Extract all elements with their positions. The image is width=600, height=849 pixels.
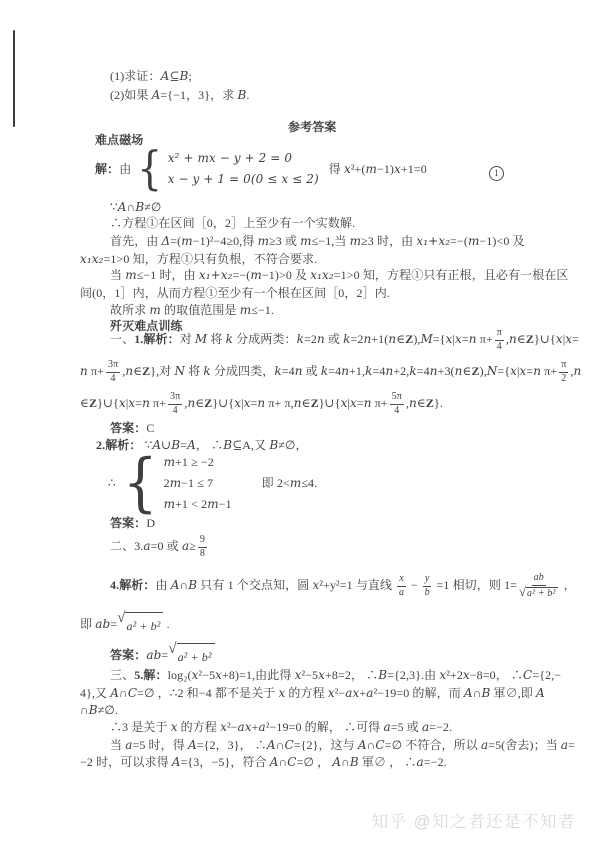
- math-run: m: [164, 497, 175, 511]
- math-run: n: [80, 364, 88, 378]
- text-run: 由: [119, 160, 131, 179]
- text-run: 或: [303, 364, 321, 378]
- text-run: 当: [110, 268, 125, 282]
- math-run: ax: [238, 720, 252, 734]
- math-run: k: [226, 332, 233, 346]
- math-run: C: [128, 686, 137, 700]
- math-run: M: [421, 332, 433, 346]
- math-run: B: [350, 755, 359, 769]
- text-run: 当: [110, 738, 125, 752]
- text-run: ≥3 或: [269, 234, 300, 248]
- q2-inequality-system: ∴{m+1 ≥ −22m−1 ≤ 7m+1 < 2m−1即 2<m≤4.: [108, 452, 317, 515]
- text-run: +8)=1,由此得: [222, 668, 295, 682]
- text-run: 三、: [110, 668, 134, 682]
- text-run: 的方程: [178, 720, 221, 734]
- text-run: 軍∅ ， ∴: [359, 755, 417, 769]
- text-run: 4},又: [80, 686, 110, 700]
- line-therefore: ∴方程①在区间［0，2］上至少有一个实数解.: [110, 214, 355, 233]
- math-run: A: [187, 438, 196, 452]
- text-run: −2 时，可以求得: [80, 755, 172, 769]
- bold-label: 参考答案: [288, 120, 336, 134]
- text-run: Z: [426, 396, 434, 410]
- math-run: k: [274, 364, 281, 378]
- text-run: ;: [188, 69, 191, 83]
- text-run: π+: [477, 332, 493, 346]
- math-run: m: [350, 234, 361, 248]
- math-run: m: [290, 476, 301, 490]
- text-run: 即: [80, 617, 95, 631]
- text-run: =4: [328, 364, 341, 378]
- answers-heading: 参考答案: [288, 118, 336, 137]
- text-run: 二、3.: [110, 539, 143, 553]
- system-row: m+1 < 2m−1: [164, 494, 232, 515]
- math-run: x₁+x₂: [416, 234, 450, 248]
- text-run: π+: [372, 396, 388, 410]
- text-run: ⊆A,又: [232, 438, 269, 452]
- text-run: =1 相切，则 1=: [433, 578, 517, 592]
- math-run: a: [383, 720, 390, 734]
- text-run: =1>0 知，方程①只有负根，不符合要求.: [104, 252, 318, 266]
- math-run: k: [409, 364, 416, 378]
- text-run: ={2}，这与: [294, 738, 358, 752]
- math-run: x: [455, 332, 462, 346]
- math-run: x: [463, 668, 470, 682]
- text-run: ={2,3}.由: [387, 668, 439, 682]
- text-run: 将: [185, 364, 203, 378]
- square-root: √a² + b²: [117, 612, 163, 638]
- text-run: ²−5: [301, 668, 318, 682]
- math-run: C: [287, 755, 296, 769]
- math-run: Δ: [162, 234, 171, 248]
- text-run: =5 时，得: [132, 738, 187, 752]
- math-run: m: [258, 234, 269, 248]
- math-run: A: [188, 738, 197, 752]
- text-run: =4: [373, 364, 386, 378]
- text-run: π+: [88, 364, 104, 378]
- q5-line-b: 4},又 A∩C=∅ ，∴2 和−4 都不是关于 x 的方程 x²−ax+a²−…: [80, 684, 545, 703]
- text-run: 首先，由: [110, 234, 162, 248]
- fraction: 3π4: [106, 360, 120, 384]
- math-run: m: [125, 268, 136, 282]
- text-run: +1,: [349, 364, 365, 378]
- math-run: n: [125, 364, 133, 378]
- system-row: x² + mx − y + 2 = 0: [168, 148, 319, 169]
- math-run: n: [295, 364, 303, 378]
- text-run: ²+y²=1 与直线: [319, 578, 395, 592]
- text-run: =−2.: [424, 755, 447, 769]
- question-line-2: (2)如果 A={−1，3}，求 B.: [110, 86, 249, 105]
- math-run: A: [536, 686, 545, 700]
- text-run: 分成四类，: [211, 364, 275, 378]
- text-run: −1)>0 及: [262, 268, 310, 282]
- text-run: =2: [350, 332, 363, 346]
- text-run: =−2.: [429, 720, 452, 734]
- bold-label: 4.解析：: [110, 578, 156, 592]
- math-run: n: [364, 396, 372, 410]
- math-run: m: [181, 234, 192, 248]
- text-run: (2)如果: [110, 88, 152, 102]
- text-run: ∩: [341, 755, 350, 769]
- text-run: ∩: [180, 578, 189, 592]
- math-run: m: [149, 303, 160, 317]
- text-run: (1)求证：: [110, 69, 161, 83]
- brace: {: [138, 148, 163, 189]
- text-run: −1 ≤ 7: [181, 476, 213, 490]
- math-run: x₁+x₂: [199, 268, 233, 282]
- text-run: 得: [329, 162, 344, 176]
- text-run: −8=0， ∴: [470, 668, 523, 682]
- math-run: B: [188, 578, 197, 592]
- text-run: C: [146, 421, 154, 435]
- math-run: x: [244, 396, 251, 410]
- math-run: B: [171, 438, 180, 452]
- text-run: =0 或: [151, 539, 182, 553]
- math-run: a: [417, 755, 424, 769]
- math-run: m: [170, 476, 181, 490]
- text-run: +8=2， ∴: [325, 668, 378, 682]
- text-run: ),: [480, 364, 487, 378]
- text-run: −1)²−4≥0,得: [193, 234, 258, 248]
- text-run: =: [110, 617, 117, 631]
- bold-label: 难点磁场: [95, 133, 143, 147]
- math-run: a: [366, 686, 373, 700]
- math-run: x: [556, 332, 563, 346]
- text-run: ²−: [335, 686, 346, 700]
- q2-answer: 答案：D: [110, 514, 155, 533]
- math-run: B: [269, 438, 278, 452]
- text-run: ≥3 时，由: [361, 234, 416, 248]
- text-run: 将: [207, 332, 225, 346]
- fraction: π4: [495, 328, 504, 352]
- solution-equation-system: 解：由{x² + mx − y + 2 = 0x − y + 1 = 0(0 ≤…: [95, 148, 427, 190]
- text-run: ，: [560, 578, 575, 592]
- bold-label: 1.解析：: [134, 332, 180, 346]
- document-page: (1)求证：A⊆B;(2)如果 A={−1，3}，求 B.参考答案难点磁场解：由…: [0, 0, 600, 849]
- text-run: ²−5: [199, 668, 216, 682]
- text-run: ∪: [161, 438, 171, 452]
- math-run: n: [469, 332, 477, 346]
- fraction: yb: [423, 574, 432, 598]
- text-run: ∩: [119, 686, 128, 700]
- text-run: 即 2<: [262, 476, 290, 490]
- math-run: k: [365, 364, 372, 378]
- math-run: m: [300, 234, 311, 248]
- math-run: A: [358, 738, 367, 752]
- text-run: 只有 1 个交点知，圆: [197, 578, 312, 592]
- system-result: 即 2<m≤4.: [262, 474, 318, 493]
- fraction-with-radical: ab√a² + b²: [519, 573, 558, 599]
- math-run: x: [119, 396, 126, 410]
- text-run: ≠∅，: [278, 438, 307, 452]
- text-run: −1)<0 及: [479, 234, 524, 248]
- text-run: 间(0，1］内，从而方程①至少有一个根在区间［0，2］内.: [80, 286, 390, 300]
- math-run: n: [533, 364, 541, 378]
- math-run: k: [297, 332, 304, 346]
- math-run: C: [375, 738, 384, 752]
- text-run: −1): [377, 162, 394, 176]
- math-run: C: [523, 668, 532, 682]
- fraction: 5π4: [390, 392, 404, 416]
- bold-label: 答案：: [110, 516, 146, 530]
- q1-line-b: n π+3π4,n∈Z},对 N 将 k 分成四类，k=4n 或 k=4n+1,…: [80, 358, 581, 385]
- math-run: n: [574, 364, 582, 378]
- text-run: 的取值范围是: [161, 303, 240, 317]
- text-run: ={: [433, 332, 446, 346]
- math-run: A: [171, 578, 180, 592]
- text-run: ≠∅.: [98, 703, 118, 717]
- text-run: =∅ ，: [297, 755, 333, 769]
- text-run: +2,: [393, 364, 409, 378]
- system-row: m+1 ≥ −2: [164, 452, 232, 473]
- text-run: Z: [311, 396, 319, 410]
- text-run: ≤−1,当: [312, 234, 350, 248]
- question-line-1: (1)求证：A⊆B;: [110, 67, 192, 86]
- text-run: 由: [156, 578, 171, 592]
- text-run: }∪{: [319, 396, 341, 410]
- text-run: =: [357, 396, 364, 410]
- text-run: ={2，3}， ∴: [197, 738, 267, 752]
- math-run: A: [110, 686, 119, 700]
- math-run: x: [220, 720, 227, 734]
- math-run: x: [510, 364, 517, 378]
- math-run: n: [317, 332, 325, 346]
- math-run: m: [365, 162, 376, 176]
- text-run: π+ π,: [265, 396, 294, 410]
- bold-label: 答案：: [110, 421, 146, 435]
- math-run: x: [446, 332, 453, 346]
- equation-number: 1: [489, 166, 504, 181]
- math-run: m: [240, 303, 251, 317]
- math-run: N: [487, 364, 498, 378]
- math-run: A: [270, 755, 279, 769]
- text-run: +1 < 2: [175, 497, 207, 511]
- math-run: x: [350, 396, 357, 410]
- math-run: m: [468, 234, 479, 248]
- math-run: x: [318, 668, 325, 682]
- q4-analysis: 4.解析：由 A∩B 只有 1 个交点知，圆 x²+y²=1 与直线 xa − …: [110, 570, 576, 600]
- text-run: }∪{: [212, 396, 234, 410]
- text-run: .: [163, 617, 169, 631]
- text-run: ={3，−5}，符合: [181, 755, 270, 769]
- text-run: =1>0 知，方程①只有正根，且必有一根在区: [334, 268, 569, 282]
- brace: {: [123, 455, 158, 513]
- math-run: A: [267, 738, 276, 752]
- math-run: n: [294, 396, 302, 410]
- q5-line-a: 三、5.解：log₂(x²−5x+8)=1,由此得 x²−5x+8=2， ∴B=…: [110, 666, 561, 685]
- math-run: n: [509, 332, 517, 346]
- math-run: n: [341, 364, 349, 378]
- text-run: log₂(: [168, 668, 192, 682]
- math-run: ax: [345, 686, 359, 700]
- math-run: n: [142, 396, 150, 410]
- text-run: ∴: [108, 474, 116, 493]
- math-run: x² + mx − y + 2 = 0: [168, 151, 292, 165]
- text-run: 的方程: [285, 686, 328, 700]
- text-run: =(: [170, 234, 181, 248]
- text-run: 一、: [110, 332, 134, 346]
- text-run: ={−1，3}，求: [160, 88, 237, 102]
- text-run: Z: [471, 364, 479, 378]
- math-run: x: [171, 720, 178, 734]
- math-run: A: [332, 755, 341, 769]
- text-run: ∈: [302, 396, 311, 410]
- text-run: ={2,−: [532, 668, 561, 682]
- q4-result: 即 ab=√a² + b² .: [80, 612, 170, 638]
- q1-line-a: 一、1.解析：对 M 将 k 分成两类：k=2n 或 k=2n+1(n∈Z),M…: [110, 326, 579, 353]
- q3-answer: 二、3.a=0 或 a≥98: [110, 533, 209, 560]
- math-run: x₁x₂: [310, 268, 334, 282]
- text-run: ∵: [110, 200, 118, 214]
- math-run: A: [172, 755, 181, 769]
- math-run: A: [118, 200, 127, 214]
- text-run: ={: [497, 364, 510, 378]
- text-run: =2: [304, 332, 317, 346]
- text-run: +3(: [438, 364, 455, 378]
- system-result: 得 x²+(m−1)x+1=0: [329, 160, 427, 179]
- text-run: ≤−1.: [251, 303, 274, 317]
- text-run: π+: [150, 396, 166, 410]
- fraction: 3π4: [168, 392, 182, 416]
- math-run: x: [192, 668, 199, 682]
- text-run: ∩: [279, 755, 288, 769]
- math-run: B: [223, 438, 232, 452]
- text-run: −: [408, 578, 421, 592]
- para-first-a: 首先，由 Δ=(m−1)²−4≥0,得 m≥3 或 m≤−1,当 m≥3 时，由…: [110, 232, 525, 251]
- text-run: ²+2: [446, 668, 463, 682]
- math-run: a: [143, 539, 150, 553]
- text-run: ²−: [227, 720, 238, 734]
- text-run: ⊆: [169, 69, 179, 83]
- text-run: Z: [89, 396, 97, 410]
- text-run: }∪{: [97, 396, 119, 410]
- text-run: ²+(: [351, 162, 366, 176]
- math-run: x: [344, 162, 351, 176]
- fraction: xa: [397, 574, 406, 598]
- text-run: ²−19=0 的解， ∴可得: [266, 720, 384, 734]
- math-run: x − y + 1 = 0(0 ≤ x ≤ 2): [168, 172, 319, 186]
- math-run: B: [135, 200, 144, 214]
- text-run: .: [246, 88, 249, 102]
- math-run: x: [328, 686, 335, 700]
- text-run: 軍∅,即: [490, 686, 536, 700]
- math-run: C: [284, 738, 293, 752]
- math-run: m: [250, 268, 261, 282]
- math-run: M: [195, 332, 207, 346]
- text-run: +: [252, 720, 259, 734]
- text-run: ∈: [80, 396, 89, 410]
- text-run: ≥: [189, 539, 196, 553]
- text-run: ∈: [517, 332, 526, 346]
- text-run: ∈: [396, 332, 405, 346]
- text-run: ),: [413, 332, 420, 346]
- text-run: =: [568, 738, 575, 752]
- text-run: ∈: [133, 364, 142, 378]
- text-run: ∈: [195, 396, 204, 410]
- text-run: Z: [526, 332, 534, 346]
- scan-artifact-line: [13, 30, 15, 127]
- text-run: ∈: [417, 396, 426, 410]
- text-run: =4: [282, 364, 295, 378]
- q1-line-c: ∈Z}∪{x|x=n π+3π4,n∈Z}∪{x|x=n π+ π,n∈Z}∪{…: [80, 390, 443, 417]
- fraction: 98: [198, 535, 207, 559]
- text-run: =5 或: [391, 720, 422, 734]
- text-run: ≤4.: [301, 476, 317, 490]
- text-run: ²−19=0 的解，而: [374, 686, 464, 700]
- text-run: +1 ≥ −2: [175, 455, 214, 469]
- text-run: 对: [180, 332, 195, 346]
- text-run: ≤−1 时，由: [137, 268, 199, 282]
- math-run: B: [378, 668, 387, 682]
- system-row: x − y + 1 = 0(0 ≤ x ≤ 2): [168, 169, 319, 190]
- math-run: ab: [146, 648, 161, 662]
- para-second-a: 当 m≤−1 时，由 x₁+x₂=−(m−1)>0 及 x₁x₂=1>0 知，方…: [110, 266, 569, 285]
- text-run: 故所求: [110, 303, 149, 317]
- bold-label: 5.解：: [134, 668, 167, 682]
- text-run: +1=0: [401, 162, 427, 176]
- text-run: =: [462, 332, 469, 346]
- text-run: +1(: [371, 332, 388, 346]
- text-run: =∅ ，∴2 和−4 都不是关于: [137, 686, 278, 700]
- text-run: ∴3 是关于: [110, 720, 171, 734]
- text-run: =−(: [450, 234, 468, 248]
- math-run: A: [464, 686, 473, 700]
- text-run: −1: [219, 497, 232, 511]
- q5-line-f: −2 时，可以求得 A={3，−5}，符合 A∩C=∅ ， A∩B 軍∅ ， ∴…: [80, 753, 447, 772]
- text-run: D: [146, 516, 155, 530]
- text-run: },对: [150, 364, 174, 378]
- text-run: =−(: [233, 268, 251, 282]
- text-run: ≠∅: [144, 200, 161, 214]
- math-run: N: [174, 364, 185, 378]
- text-run: =4: [417, 364, 430, 378]
- math-run: B: [89, 703, 98, 717]
- watermark: 知乎 @知之者还是不知者: [372, 808, 576, 832]
- math-run: k: [203, 364, 210, 378]
- text-run: 或: [325, 332, 343, 346]
- math-run: x: [394, 162, 401, 176]
- text-run: }.: [434, 396, 443, 410]
- math-run: n: [430, 364, 438, 378]
- math-run: ab: [95, 617, 110, 631]
- text-run: =∅ 不符合，所以: [385, 738, 481, 752]
- math-run: m: [164, 455, 175, 469]
- math-run: n: [455, 364, 463, 378]
- math-run: x₁x₂: [80, 252, 104, 266]
- text-run: =5(舍去)；当: [488, 738, 561, 752]
- text-run: ， ∴: [196, 438, 223, 452]
- math-run: m: [207, 497, 218, 511]
- q5-line-d: ∴3 是关于 x 的方程 x²−ax+a²−19=0 的解， ∴可得 a=5 或…: [110, 718, 452, 737]
- text-run: ∩: [80, 703, 89, 717]
- fraction: π2: [559, 360, 568, 384]
- text-run: =: [161, 648, 168, 662]
- text-run: =: [572, 332, 579, 346]
- text-run: π+: [541, 364, 557, 378]
- math-run: a: [259, 720, 266, 734]
- text-run: ∩: [127, 200, 136, 214]
- bold-label: 解：: [95, 160, 119, 179]
- math-run: n: [409, 396, 417, 410]
- square-root: √a² + b²: [519, 587, 558, 600]
- system-row: 2m−1 ≤ 7: [164, 473, 232, 494]
- bold-label: 答案：: [110, 648, 146, 662]
- text-run: ∴方程①在区间［0，2］上至少有一个实数解.: [110, 216, 355, 230]
- text-run: 分成两类：: [233, 332, 297, 346]
- text-run: }∪{: [534, 332, 556, 346]
